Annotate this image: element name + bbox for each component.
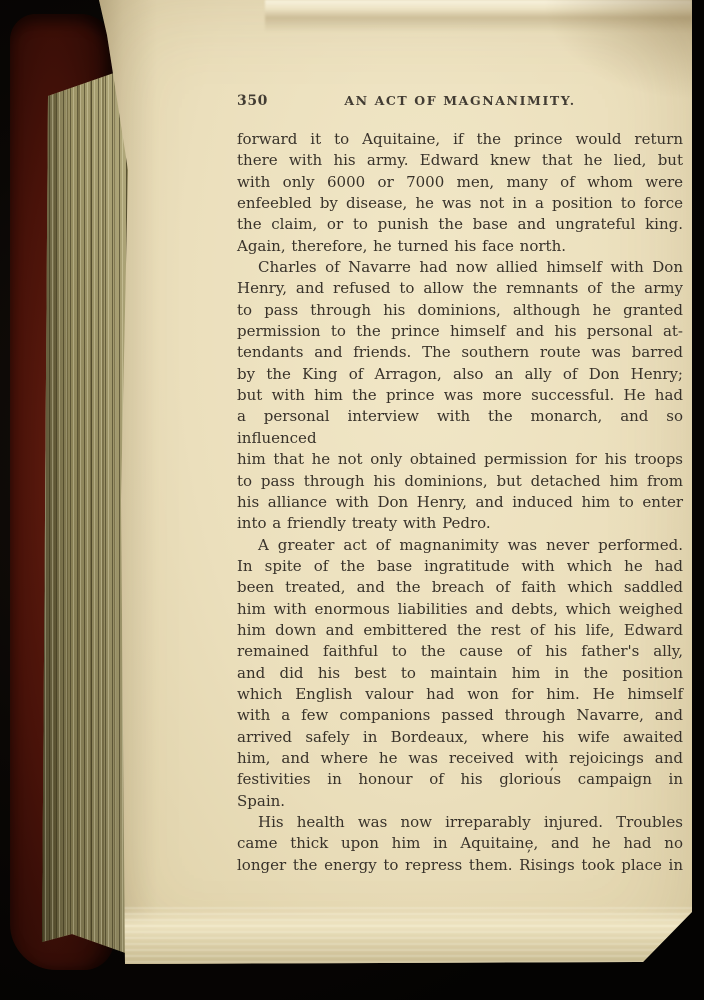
text-line: remained faithful to the cause of his fa…: [237, 641, 683, 662]
text-line: him, and where he was received with rejo…: [237, 748, 683, 769]
text-line: In spite of the base ingratitude with wh…: [237, 556, 683, 577]
text-line: been treated, and the breach of faith wh…: [237, 577, 683, 598]
text-line: tendants and friends. The southern route…: [237, 342, 683, 363]
print-artifact: ,: [550, 758, 554, 773]
text-line: him that he not only obtained permission…: [237, 449, 683, 470]
text-line: Again, therefore, he turned his face nor…: [237, 236, 683, 257]
text-line: longer the energy to repress them. Risin…: [237, 855, 683, 876]
text-line: arrived safely in Bordeaux, where his wi…: [237, 727, 683, 748]
text-line: by the King of Arragon, also an ally of …: [237, 364, 683, 385]
page-header: 350 AN ACT OF MAGNANIMITY.: [237, 93, 683, 113]
text-line: came thick upon him in Aquitaine, and he…: [237, 833, 683, 854]
text-line: to pass through his dominions, although …: [237, 300, 683, 321]
text-line: into a friendly treaty with Pedro.: [237, 513, 683, 534]
text-line: the claim, or to punish the base and ung…: [237, 214, 683, 235]
text-line: permission to the prince himself and his…: [237, 321, 683, 342]
text-line: with a few companions passed through Nav…: [237, 705, 683, 726]
text-line: His health was now irreparably injured. …: [237, 812, 683, 833]
text-line: and did his best to maintain him in the …: [237, 663, 683, 684]
text-line: Spain.: [237, 791, 683, 812]
text-line: him with enormous liabilities and debts,…: [237, 599, 683, 620]
running-title: AN ACT OF MAGNANIMITY.: [237, 93, 683, 108]
text-line: forward it to Aquitaine, if the prince w…: [237, 129, 683, 150]
text-line: festivities in honour of his glorious ca…: [237, 769, 683, 790]
top-right-corner-shadow: [542, 0, 692, 100]
book-photo: 350 AN ACT OF MAGNANIMITY. forward it to…: [0, 0, 704, 1000]
book-page: 350 AN ACT OF MAGNANIMITY. forward it to…: [95, 0, 692, 965]
text-line: a personal interview with the monarch, a…: [237, 406, 683, 449]
text-line: there with his army. Edward knew that he…: [237, 150, 683, 171]
text-line: Charles of Navarre had now allied himsel…: [237, 257, 683, 278]
text-line: but with him the prince was more success…: [237, 385, 683, 406]
text-line: A greater act of magnanimity was never p…: [237, 535, 683, 556]
page-edges-stack: [42, 58, 134, 960]
text-line: Henry, and refused to allow the remnants…: [237, 278, 683, 299]
bottom-page-edges: [113, 907, 692, 965]
text-line: to pass through his dominions, but detac…: [237, 471, 683, 492]
text-line: him down and embittered the rest of his …: [237, 620, 683, 641]
print-artifact: ,: [527, 840, 531, 855]
text-line: which English valour had won for him. He…: [237, 684, 683, 705]
text-column: 350 AN ACT OF MAGNANIMITY. forward it to…: [237, 93, 683, 113]
text-line: with only 6000 or 7000 men, many of whom…: [237, 172, 683, 193]
body-text: forward it to Aquitaine, if the prince w…: [237, 129, 683, 876]
text-line: enfeebled by disease, he was not in a po…: [237, 193, 683, 214]
page-number: 350: [237, 93, 268, 109]
text-line: his alliance with Don Henry, and induced…: [237, 492, 683, 513]
